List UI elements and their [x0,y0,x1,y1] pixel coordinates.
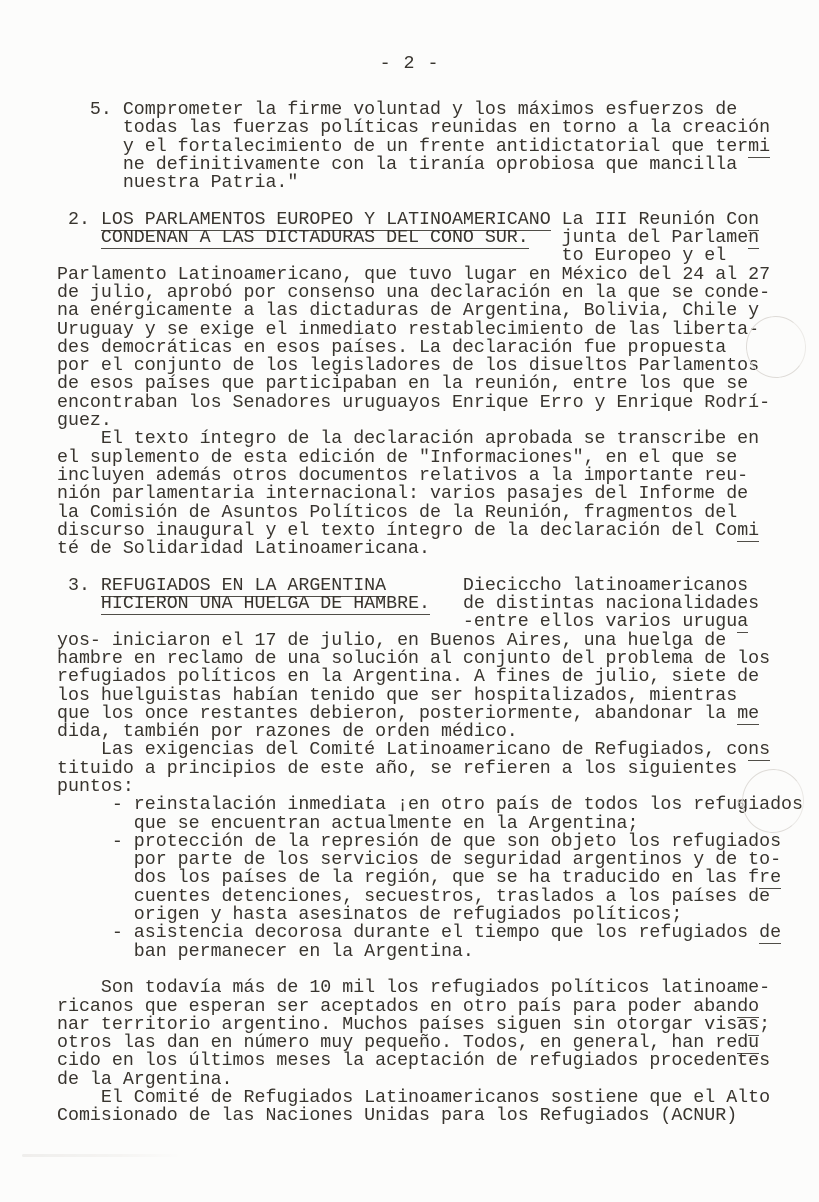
text-line: té de Solidaridad Latinoamericana. [57,540,819,558]
text-line: cuentes detenciones, secuestros, traslad… [57,888,819,906]
text-line: des democráticas en esos países. La decl… [57,339,819,357]
text-line: de la Argentina. [57,1071,819,1089]
text-line: 3. REFUGIADOS EN LA ARGENTINA Dieciccho … [57,577,819,595]
text-flow: 5. Comprometer la firme voluntad y los m… [57,101,819,1126]
text-line: HICIERON UNA HUELGA DE HAMBRE. de distin… [57,595,819,613]
scanned-document-page: - 2 - 5. Comprometer la firme voluntad y… [0,0,819,1202]
text-line: na enérgicamente a las dictaduras de Arg… [57,302,819,320]
page-number: - 2 - [0,55,819,73]
text-line: por el conjunto de los legisladores de l… [57,357,819,375]
text-line: y el fortalecimiento de un frente antidi… [57,138,819,156]
text-line: todas las fuerzas políticas reunidas en … [57,119,819,137]
text-line: de esos países que participaban en la re… [57,375,819,393]
text-line: nuestra Patria." [57,174,819,192]
text-line: -entre ellos varios urugua [57,613,819,631]
text-line: ricanos que esperan ser aceptados en otr… [57,998,819,1016]
text-line: yos- iniciaron el 17 de julio, en Buenos… [57,632,819,650]
text-line: - protección de la represión de que son … [57,833,819,851]
text-line: dos los países de la región, que se ha t… [57,869,819,887]
text-line: dida, también por razones de orden médic… [57,723,819,741]
text-line: refugiados políticos en la Argentina. A … [57,668,819,686]
text-line: que los once restantes debieron, posteri… [57,705,819,723]
text-line: tituido a principios de este año, se ref… [57,760,819,778]
blank-line [57,961,819,979]
text-line: Parlamento Latinoamericano, que tuvo lug… [57,266,819,284]
text-line: discurso inaugural y el texto íntegro de… [57,522,819,540]
text-line: otros las dan en número muy pequeño. Tod… [57,1034,819,1052]
text-line: origen y hasta asesinatos de refugiados … [57,906,819,924]
text-line: guez. [57,412,819,430]
text-line: puntos: [57,778,819,796]
text-line: - reinstalación inmediata ¡en otro país … [57,796,819,814]
text-line: El Comité de Refugiados Latinoamericanos… [57,1089,819,1107]
text-line: 5. Comprometer la firme voluntad y los m… [57,101,819,119]
blank-line [57,192,819,210]
text-line: 2. LOS PARLAMENTOS EUROPEO Y LATINOAMERI… [57,211,819,229]
text-line: El texto íntegro de la declaración aprob… [57,430,819,448]
text-line: CONDENAN A LAS DICTADURAS DEL CONO SUR. … [57,229,819,247]
text-line: de julio, aprobó por consenso una declar… [57,284,819,302]
text-line: nar territorio argentino. Muchos países … [57,1016,819,1034]
text-line: Comisionado de las Naciones Unidas para … [57,1107,819,1125]
text-line: hambre en reclamo de una solución al con… [57,650,819,668]
text-line: por parte de los servicios de seguridad … [57,851,819,869]
scan-smudge [22,1154,182,1157]
text-line: los huelguistas habían tenido que ser ho… [57,687,819,705]
text-line: ne definitivamente con la tiranía oprobi… [57,156,819,174]
text-line: ban permanecer en la Argentina. [57,943,819,961]
blank-line [57,558,819,576]
text-line: incluyen además otros documentos relativ… [57,467,819,485]
text-line: cido en los últimos meses la aceptación … [57,1052,819,1070]
text-line: Son todavía más de 10 mil los refugiados… [57,979,819,997]
text-line: la Comisión de Asuntos Políticos de la R… [57,504,819,522]
text-line: encontraban los Senadores uruguayos Enri… [57,394,819,412]
text-line: Uruguay y se exige el inmediato restable… [57,321,819,339]
margin-annotation-letter: s [736,795,745,812]
text-line: que se encuentran actualmente en la Arge… [57,815,819,833]
text-line: Las exigencias del Comité Latinoamerican… [57,741,819,759]
text-line: el suplemento de esta edición de "Inform… [57,449,819,467]
text-line: to Europeo y el [57,247,819,265]
text-line: nión parlamentaria internacional: varios… [57,485,819,503]
text-line: - asistencia decorosa durante el tiempo … [57,924,819,942]
